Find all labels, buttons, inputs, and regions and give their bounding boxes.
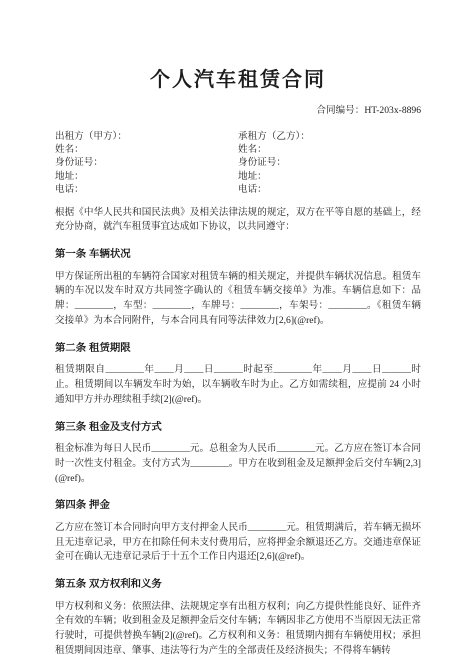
lessee-id-label: 身份证号： (238, 156, 421, 169)
lessee-phone-label: 电话： (238, 183, 421, 196)
section-heading: 第五条 双方权利和义务 (55, 578, 421, 592)
section-rent-payment: 第三条 租金及支付方式 租金标准为每日人民币________元。总租金为人民币_… (55, 421, 421, 487)
lessor-phone-label: 电话： (55, 183, 238, 196)
section-vehicle-condition: 第一条 车辆状况 甲方保证所出租的车辆符合国家对租赁车辆的相关规定，并提供车辆状… (55, 248, 421, 329)
section-heading: 第三条 租金及支付方式 (55, 421, 421, 435)
lessor-role-label: 出租方（甲方）： (55, 130, 238, 143)
section-body: 甲方保证所出租的车辆符合国家对租赁车辆的相关规定，并提供车辆状况信息。租赁车辆的… (55, 270, 421, 329)
section-heading: 第二条 租赁期限 (55, 342, 421, 356)
document-title: 个人汽车租赁合同 (55, 68, 421, 93)
intro-paragraph: 根据《中华人民共和国民法典》及相关法律法规的规定，双方在平等自愿的基础上，经充分… (55, 206, 421, 236)
lessor-id-label: 身份证号： (55, 156, 238, 169)
lessee-name-label: 姓名： (238, 143, 421, 156)
section-body: 租金标准为每日人民币________元。总租金为人民币________元。乙方应… (55, 442, 421, 486)
party-lessor: 出租方（甲方）： 姓名： 身份证号： 地址： 电话： (55, 130, 238, 195)
parties-block: 出租方（甲方）： 姓名： 身份证号： 地址： 电话： 承租方（乙方）： 姓名： … (55, 130, 421, 195)
lessee-role-label: 承租方（乙方）： (238, 130, 421, 143)
section-deposit: 第四条 押金 乙方应在签订本合同时向甲方支付押金人民币________元。租赁期… (55, 499, 421, 565)
lessor-address-label: 地址： (55, 170, 238, 183)
section-lease-term: 第二条 租赁期限 租赁期限自________年____月____日______时… (55, 342, 421, 408)
contract-number-value: HT-203x-8896 (364, 105, 421, 116)
lessor-name-label: 姓名： (55, 143, 238, 156)
contract-number-row: 合同编号：HT-203x-8896 (55, 104, 421, 118)
lessee-address-label: 地址： (238, 170, 421, 183)
section-body: 租赁期限自________年____月____日______时起至_______… (55, 363, 421, 407)
contract-number-label: 合同编号： (316, 105, 364, 116)
section-body: 甲方权利和义务：依照法律、法规规定享有出租方权利；向乙方提供性能良好、证件齐全有… (55, 600, 421, 655)
contract-page: 个人汽车租赁合同 合同编号：HT-203x-8896 出租方（甲方）： 姓名： … (0, 0, 463, 655)
section-body: 乙方应在签订本合同时向甲方支付押金人民币________元。租赁期满后，若车辆无… (55, 521, 421, 565)
section-heading: 第一条 车辆状况 (55, 248, 421, 262)
section-rights-obligations: 第五条 双方权利和义务 甲方权利和义务：依照法律、法规规定享有出租方权利；向乙方… (55, 578, 421, 655)
party-lessee: 承租方（乙方）： 姓名： 身份证号： 地址： 电话： (238, 130, 421, 195)
section-heading: 第四条 押金 (55, 499, 421, 513)
